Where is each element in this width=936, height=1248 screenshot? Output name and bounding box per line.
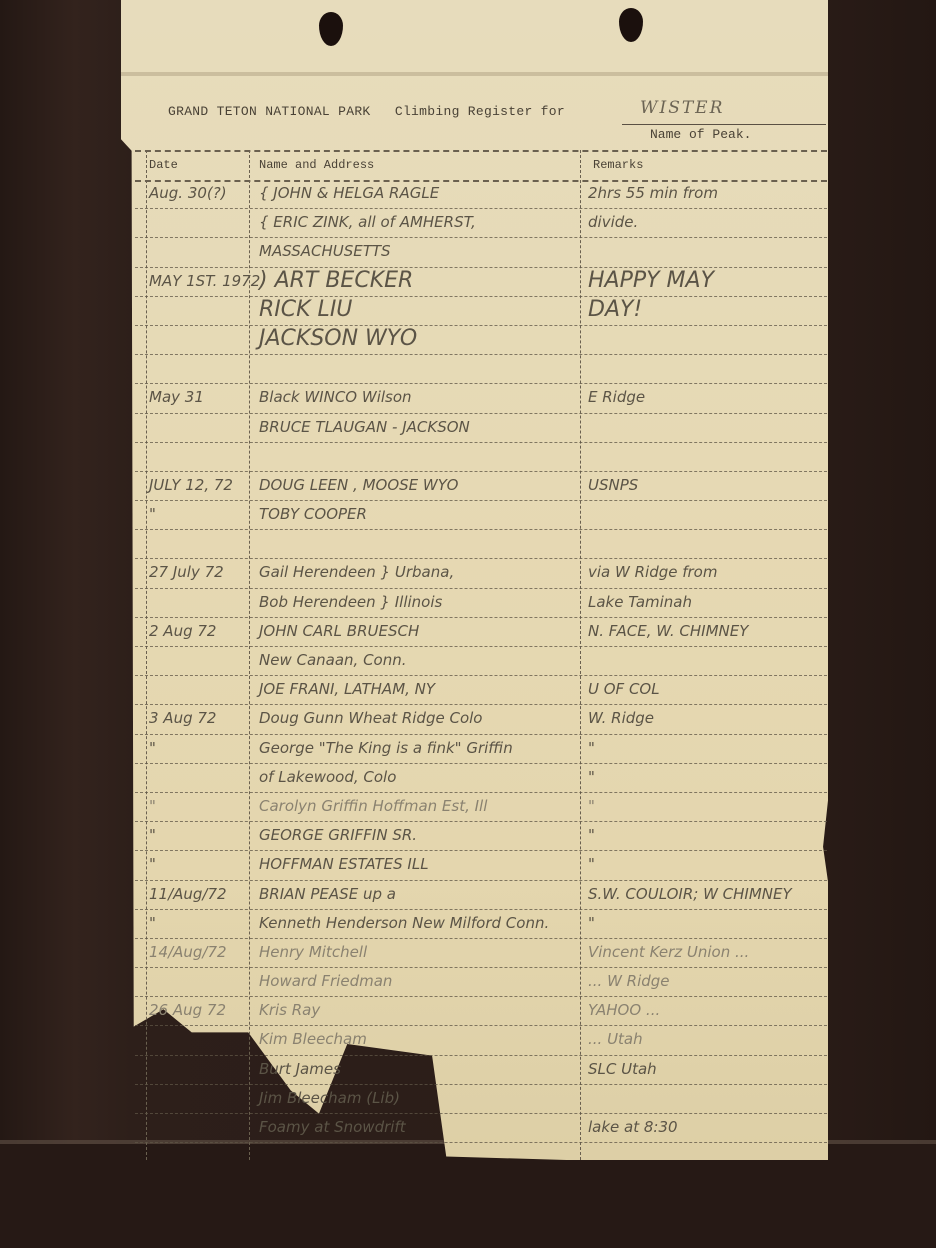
table-row: "Carolyn Griffin Hoffman Est, Ill " — [135, 793, 827, 822]
table-row: MASSACHUSETTS — [135, 238, 827, 267]
entry-remarks: HAPPY MAY — [588, 268, 714, 293]
entry-name: { ERIC ZINK, all of AMHERST, — [259, 213, 476, 231]
table-row: 26 Aug 72Kris RayYAHOO ... — [135, 997, 827, 1026]
entry-name: JACKSON WYO — [259, 326, 417, 351]
entry-name: Howard Friedman — [259, 972, 392, 990]
entry-date: MAY 1ST. 1972 — [149, 272, 260, 290]
entry-remarks: " — [588, 855, 595, 873]
table-row: JACKSON WYO — [135, 326, 827, 355]
table-row: Aug. 30(?){ JOHN & HELGA RAGLE2hrs 55 mi… — [135, 180, 827, 209]
table-row: 2 Aug 72JOHN CARL BRUESCHN. FACE, W. CHI… — [135, 618, 827, 647]
entry-remarks: " — [588, 739, 595, 757]
entry-name: BRUCE TLAUGAN - JACKSON — [259, 418, 470, 436]
entry-remarks: divide. — [588, 213, 638, 231]
entry-name: Kenneth Henderson New Milford Conn. — [259, 914, 549, 932]
entry-remarks: E Ridge — [588, 388, 645, 406]
park-name: GRAND TETON NATIONAL PARK — [168, 104, 371, 119]
entry-remarks: N. FACE, W. CHIMNEY — [588, 622, 748, 640]
table-row: { ERIC ZINK, all of AMHERST,divide. — [135, 209, 827, 238]
table-row — [135, 355, 827, 384]
table-row: JULY 12, 72DOUG LEEN , MOOSE WYOUSNPS — [135, 472, 827, 501]
entry-date: " — [149, 855, 156, 873]
entry-name: Carolyn Griffin Hoffman Est, Ill — [259, 797, 487, 815]
table-row: RICK LIU DAY! — [135, 297, 827, 326]
entry-remarks: SLC Utah — [588, 1060, 657, 1078]
entry-remarks: ... Utah — [588, 1030, 643, 1048]
entry-date: " — [149, 739, 156, 757]
table-row: "GEORGE GRIFFIN SR. " — [135, 822, 827, 851]
table-row — [135, 530, 827, 559]
entry-name: TOBY COOPER — [259, 505, 367, 523]
entry-date: 3 Aug 72 — [149, 709, 216, 727]
entry-remarks: S.W. COULOIR; W CHIMNEY — [588, 885, 792, 903]
table-row: 3 Aug 72Doug Gunn Wheat Ridge ColoW. Rid… — [135, 705, 827, 734]
peak-caption: Name of Peak. — [650, 127, 751, 142]
entry-date: " — [149, 826, 156, 844]
register-table-header: Date Name and Address Remarks — [135, 150, 827, 182]
table-row — [135, 443, 827, 472]
entry-name: Gail Herendeen } Urbana, — [259, 563, 454, 581]
entry-date: " — [149, 797, 156, 815]
entry-remarks: via W Ridge from — [588, 563, 717, 581]
register-title: Climbing Register for — [395, 104, 565, 119]
entry-date: JULY 12, 72 — [149, 476, 233, 494]
entry-remarks: " — [588, 797, 595, 815]
entry-name: RICK LIU — [259, 297, 352, 322]
entry-remarks: DAY! — [588, 297, 642, 322]
column-remarks: Remarks — [593, 158, 643, 172]
entry-date: 2 Aug 72 — [149, 622, 216, 640]
entry-name: Jim Bleecham (Lib) — [259, 1089, 400, 1107]
register-header: GRAND TETON NATIONAL PARK Climbing Regis… — [168, 104, 565, 119]
entry-name: DOUG LEEN , MOOSE WYO — [259, 476, 458, 494]
entry-name: George "The King is a fink" Griffin — [259, 739, 513, 757]
table-row: Kim Bleecham... Utah — [135, 1026, 827, 1055]
entry-name: Black WINCO Wilson — [259, 388, 412, 406]
entry-name: HOFFMAN ESTATES ILL — [259, 855, 429, 873]
entry-name: Doug Gunn Wheat Ridge Colo — [259, 709, 482, 727]
entry-date: 11/Aug/72 — [149, 885, 227, 903]
table-row: "Kenneth Henderson New Milford Conn. " — [135, 910, 827, 939]
register-entries: Aug. 30(?){ JOHN & HELGA RAGLE2hrs 55 mi… — [135, 180, 827, 1143]
entry-remarks: USNPS — [588, 476, 638, 494]
entry-date: Aug. 30(?) — [149, 184, 227, 202]
entry-date: " — [149, 914, 156, 932]
entry-remarks: 2hrs 55 min from — [588, 184, 718, 202]
table-row: BRUCE TLAUGAN - JACKSON — [135, 414, 827, 443]
entry-name: JOHN CARL BRUESCH — [259, 622, 419, 640]
entry-remarks: " — [588, 914, 595, 932]
entry-date: 27 July 72 — [149, 563, 224, 581]
entry-name: ) ART BECKER — [259, 268, 413, 293]
entry-date: 26 Aug 72 — [149, 1001, 226, 1019]
entry-name: of Lakewood, Colo — [259, 768, 396, 786]
entry-name: BRIAN PEASE up a — [259, 885, 396, 903]
table-row: "HOFFMAN ESTATES ILL " — [135, 851, 827, 880]
entry-name: Bob Herendeen } Illinois — [259, 593, 442, 611]
entry-date: 14/Aug/72 — [149, 943, 227, 961]
table-row: MAY 1ST. 1972) ART BECKERHAPPY MAY — [135, 268, 827, 297]
entry-remarks: U OF COL — [588, 680, 660, 698]
entry-name: GEORGE GRIFFIN SR. — [259, 826, 417, 844]
column-name: Name and Address — [259, 158, 374, 172]
table-row: Bob Herendeen } IllinoisLake Taminah — [135, 589, 827, 618]
entry-remarks: Lake Taminah — [588, 593, 692, 611]
entry-remarks: W. Ridge — [588, 709, 654, 727]
entry-remarks: ... W Ridge — [588, 972, 670, 990]
table-row: "TOBY COOPER — [135, 501, 827, 530]
entry-date: May 31 — [149, 388, 204, 406]
table-row: Foamy at Snowdriftlake at 8:30 — [135, 1114, 827, 1143]
entry-name: { JOHN & HELGA RAGLE — [259, 184, 439, 202]
peak-name-line — [622, 124, 826, 125]
table-row: 14/Aug/72Henry MitchellVincent Kerz Unio… — [135, 939, 827, 968]
entry-name: Henry Mitchell — [259, 943, 367, 961]
table-row: 27 July 72Gail Herendeen } Urbana,via W … — [135, 559, 827, 588]
paper-fold — [121, 72, 828, 76]
table-row: JOE FRANI, LATHAM, NY U OF COL — [135, 676, 827, 705]
entry-remarks: " — [588, 826, 595, 844]
entry-name: JOE FRANI, LATHAM, NY — [259, 680, 435, 698]
peak-name: WISTER — [640, 98, 724, 118]
entry-name: Burt James — [259, 1060, 341, 1078]
entry-date: " — [149, 505, 156, 523]
table-row: Howard Friedman... W Ridge — [135, 968, 827, 997]
entry-name: New Canaan, Conn. — [259, 651, 407, 669]
entry-remarks: Vincent Kerz Union ... — [588, 943, 749, 961]
entry-remarks: YAHOO ... — [588, 1001, 660, 1019]
entry-name: MASSACHUSETTS — [259, 242, 391, 260]
entry-name: Kim Bleecham — [259, 1030, 367, 1048]
table-row: "George "The King is a fink" Griffin " — [135, 735, 827, 764]
table-row: Jim Bleecham (Lib) — [135, 1085, 827, 1114]
table-row: Burt JamesSLC Utah — [135, 1056, 827, 1085]
entry-name: Foamy at Snowdrift — [259, 1118, 406, 1136]
entry-remarks: lake at 8:30 — [588, 1118, 678, 1136]
table-row: May 31Black WINCO WilsonE Ridge — [135, 384, 827, 413]
column-date: Date — [149, 158, 178, 172]
entry-name: Kris Ray — [259, 1001, 320, 1019]
table-row: 11/Aug/72BRIAN PEASE up aS.W. COULOIR; W… — [135, 881, 827, 910]
table-row: New Canaan, Conn. — [135, 647, 827, 676]
entry-remarks: " — [588, 768, 595, 786]
table-row: of Lakewood, Colo " — [135, 764, 827, 793]
